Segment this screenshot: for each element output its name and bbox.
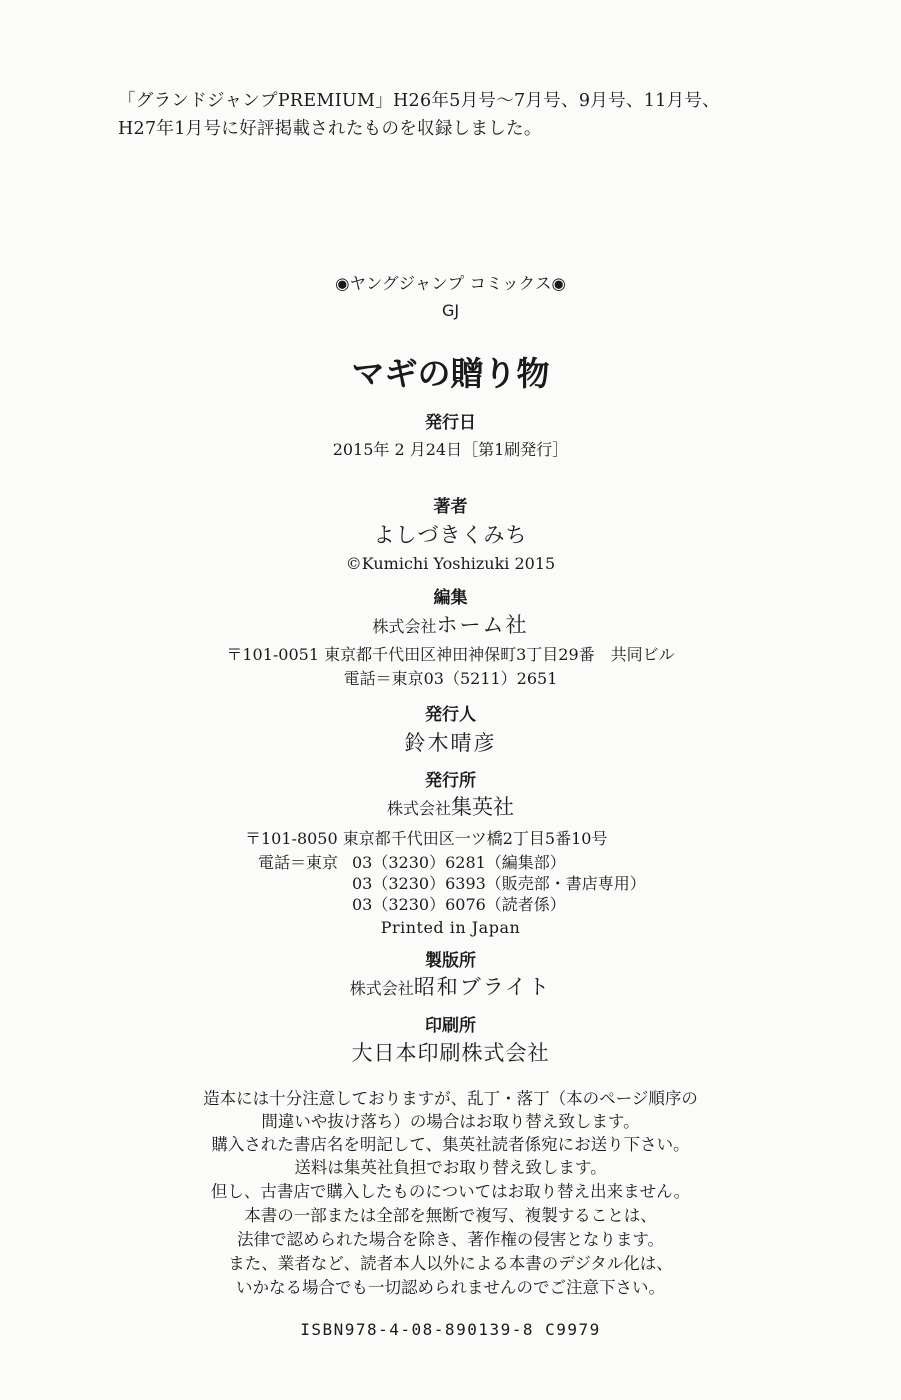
publisher-phone-editorial: 03（3230）6281（編集部） [352, 855, 566, 871]
editing-company: 株式会社ホーム社 [0, 615, 901, 636]
notice-line-5: 但し、古書店で購入したものについてはお取り替え出来ません。 [0, 1184, 901, 1201]
notice-line-6: 本書の一部または全部を無断で複写、複製することは、 [0, 1208, 901, 1225]
notice-line-9: いかなる場合でも一切認められませんのでご注意下さい。 [0, 1280, 901, 1297]
notice-line-3: 購入された書店名を明記して、集英社読者係宛にお送り下さい。 [0, 1137, 901, 1154]
publisher-phone-sales: 03（3230）6393（販売部・書店専用） [352, 876, 646, 892]
editing-company-prefix: 株式会社 [372, 617, 436, 636]
editing-phone: 電話＝東京03（5211）2651 [0, 671, 901, 687]
publisher-company: 株式会社集英社 [0, 797, 901, 818]
publisher-address: 〒101-8050 東京都千代田区一ツ橋2丁目5番10号 [245, 831, 607, 847]
printer-heading: 印刷所 [0, 1018, 901, 1035]
notice-line-8: また、業者など、読者本人以外による本書のデジタル化は、 [0, 1256, 901, 1273]
printed-in-japan: Printed in Japan [0, 920, 901, 936]
serialization-note-line-1: 「グランドジャンプPREMIUM」H26年5月号〜7月号、9月号、11月号、 [118, 93, 720, 111]
imprint-sub-label: GJ [0, 303, 901, 319]
publisher-phone-label: 電話＝東京 [258, 855, 338, 871]
publisher-company-name: 集英社 [451, 795, 514, 819]
isbn: ISBN978-4-08-890139-8 C9979 [0, 1322, 901, 1338]
publisher-person-name: 鈴木晴彦 [0, 733, 901, 754]
book-title: マギの贈り物 [0, 357, 901, 390]
editing-heading: 編集 [0, 590, 901, 607]
plate-maker-company-prefix: 株式会社 [350, 979, 414, 998]
editing-company-name: ホーム社 [437, 613, 529, 637]
printer-company: 大日本印刷株式会社 [0, 1043, 901, 1064]
plate-maker-company: 株式会社昭和ブライト [0, 977, 901, 998]
notice-line-1: 造本には十分注意しておりますが、乱丁・落丁（本のページ順序の [0, 1091, 901, 1108]
publisher-phone-readers: 03（3230）6076（読者係） [352, 897, 566, 913]
author-copyright: ©Kumichi Yoshizuki 2015 [0, 556, 901, 572]
editing-address: 〒101-0051 東京都千代田区神田神保町3丁目29番 共同ビル [0, 647, 901, 663]
notice-line-4: 送料は集英社負担でお取り替え致します。 [0, 1160, 901, 1177]
imprint-label: ◉ヤングジャンプ コミックス◉ [0, 276, 901, 293]
issue-date-value: 2015年 2 月24日［第1刷発行］ [0, 442, 901, 458]
publisher-person-heading: 発行人 [0, 707, 901, 724]
publisher-heading: 発行所 [0, 773, 901, 790]
author-heading: 著者 [0, 499, 901, 516]
issue-date-heading: 発行日 [0, 415, 901, 432]
notice-line-2: 間違いや抜け落ち）の場合はお取り替え致します。 [0, 1114, 901, 1131]
publisher-company-prefix: 株式会社 [387, 799, 451, 818]
author-name: よしづきくみち [0, 525, 901, 546]
notice-line-7: 法律で認められた場合を除き、著作権の侵害となります。 [0, 1232, 901, 1249]
plate-maker-company-name: 昭和ブライト [414, 975, 551, 999]
serialization-note-line-2: H27年1月号に好評掲載されたものを収録しました。 [118, 121, 542, 139]
plate-maker-heading: 製版所 [0, 953, 901, 970]
